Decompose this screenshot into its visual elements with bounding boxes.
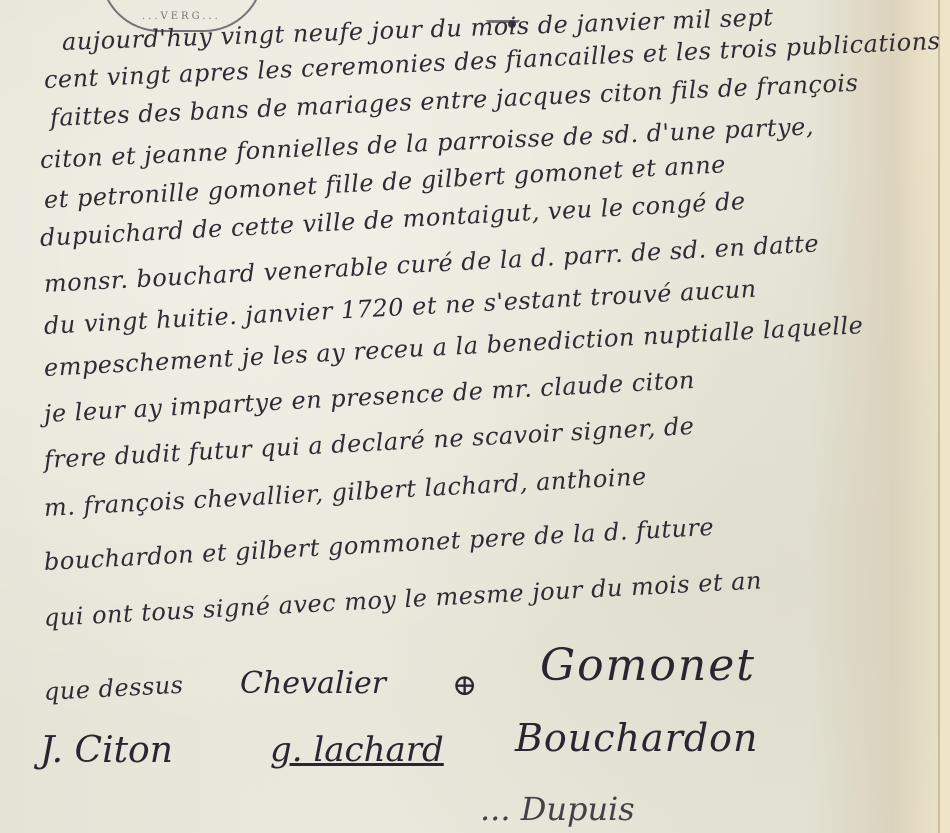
manuscript-page: ...VERG... aujourd'huy vingt neufe jour … <box>0 0 950 833</box>
signature-cure-partial: ... Dupuis <box>480 790 635 828</box>
text-line-14: qui ont tous signé avec moy le mesme jou… <box>43 566 762 632</box>
text-line-13: bouchardon et gilbert gommonet pere de l… <box>43 513 715 576</box>
signature-gomonet: Gomonet <box>540 640 756 691</box>
signature-mark: ⊕ <box>452 668 477 703</box>
stamp-text: ...VERG... <box>142 11 221 22</box>
text-line-12: m. françois chevallier, gilbert lachard,… <box>43 462 647 522</box>
signature-citon: J. Citon <box>40 730 173 771</box>
text-line-15: que dessus <box>43 671 184 706</box>
signature-lachard: g. lachard <box>270 730 444 770</box>
page-edge <box>940 0 950 833</box>
signature-chevalier: Chevalier <box>240 666 386 701</box>
signature-bouchardon: Bouchardon <box>515 716 759 760</box>
